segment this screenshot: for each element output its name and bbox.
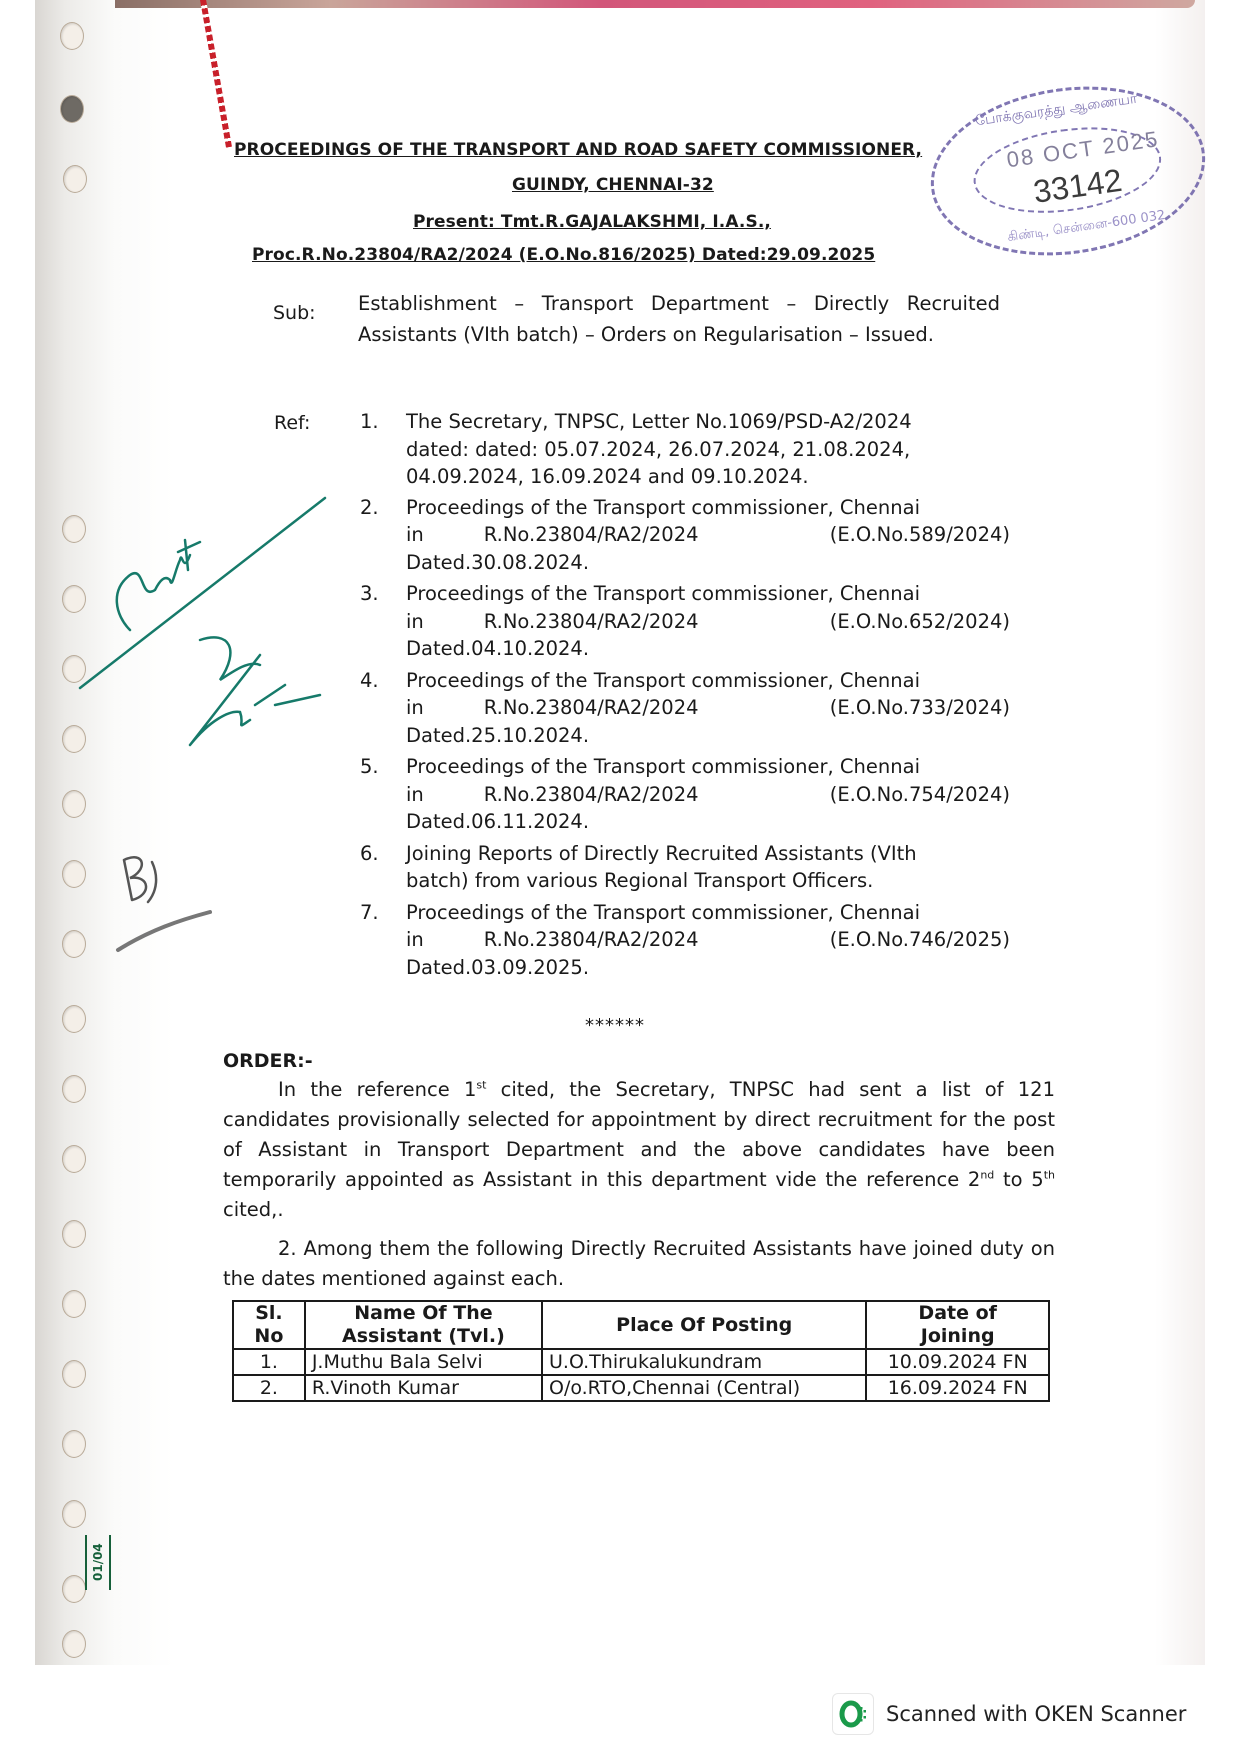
- punch-hole: [62, 1630, 86, 1658]
- order-paragraph-2: 2. Among them the following Directly Rec…: [223, 1234, 1055, 1294]
- column-header-date: Date ofJoining: [866, 1301, 1049, 1349]
- cell-sl-no: 2.: [233, 1375, 305, 1401]
- column-header-place: Place Of Posting: [542, 1301, 866, 1349]
- reference-eo: (E.O.No.652/2024): [830, 608, 1010, 636]
- punch-hole: [60, 22, 84, 50]
- reference-number: 3.: [360, 580, 406, 663]
- reference-date: Dated.03.09.2025.: [406, 954, 1010, 982]
- punch-hole: [62, 930, 86, 958]
- reference-title: Proceedings of the Transport commissione…: [406, 580, 1010, 608]
- handwritten-signature-annotation: Supdt: [60, 480, 340, 780]
- column-header-sl-no: Sl.No: [233, 1301, 305, 1349]
- reference-date: Dated.30.08.2024.: [406, 549, 1010, 577]
- reference-date: Dated.04.10.2024.: [406, 635, 1010, 663]
- reference-number: 4.: [360, 667, 406, 750]
- column-header-name: Name Of TheAssistant (Tvl.): [305, 1301, 542, 1349]
- cell-place: O/o.RTO,Chennai (Central): [542, 1375, 866, 1401]
- references-list: 1. The Secretary, TNPSC, Letter No.1069/…: [360, 408, 1010, 981]
- punch-hole: [62, 1005, 86, 1033]
- reference-item: 4. Proceedings of the Transport commissi…: [360, 667, 1010, 750]
- annotation-text: Supdt: [120, 598, 124, 601]
- reference-item: 7. Proceedings of the Transport commissi…: [360, 899, 1010, 982]
- reference-rno: R.No.23804/RA2/2024: [484, 608, 699, 636]
- table-header-row: Sl.No Name Of TheAssistant (Tvl.) Place …: [233, 1301, 1049, 1349]
- cell-name: J.Muthu Bala Selvi: [305, 1349, 542, 1375]
- reference-eo: (E.O.No.746/2025): [830, 926, 1010, 954]
- punch-hole: [63, 165, 87, 193]
- reference-rno: R.No.23804/RA2/2024: [484, 926, 699, 954]
- proceedings-title: PROCEEDINGS OF THE TRANSPORT AND ROAD SA…: [234, 140, 922, 160]
- proceedings-reference: Proc.R.No.23804/RA2/2024 (E.O.No.816/202…: [252, 245, 875, 265]
- office-location: GUINDY, CHENNAI-32: [512, 175, 714, 195]
- reference-date: Dated.25.10.2024.: [406, 722, 1010, 750]
- reference-eo: (E.O.No.754/2024): [830, 781, 1010, 809]
- reference-line: batch) from various Regional Transport O…: [406, 867, 1010, 895]
- reference-line: dated: dated: 05.07.2024, 26.07.2024, 21…: [406, 436, 1010, 464]
- reference-line: 04.09.2024, 16.09.2024 and 09.10.2024.: [406, 463, 1010, 491]
- reference-number: 1.: [360, 408, 406, 491]
- reference-in: in: [406, 608, 424, 636]
- table-row: 1. J.Muthu Bala Selvi U.O.Thirukalukundr…: [233, 1349, 1049, 1375]
- reference-title: Proceedings of the Transport commissione…: [406, 753, 1010, 781]
- punch-hole: [62, 1075, 86, 1103]
- joined-assistants-table: Sl.No Name Of TheAssistant (Tvl.) Place …: [232, 1300, 1050, 1402]
- scanner-watermark: Scanned with OKEN Scanner: [832, 1693, 1186, 1735]
- section-separator: ******: [585, 1015, 645, 1036]
- reference-number: 6.: [360, 840, 406, 895]
- reference-rno: R.No.23804/RA2/2024: [484, 781, 699, 809]
- reference-in: in: [406, 781, 424, 809]
- reference-line: Joining Reports of Directly Recruited As…: [406, 840, 1010, 868]
- reference-line: The Secretary, TNPSC, Letter No.1069/PSD…: [406, 408, 1010, 436]
- present-officer: Present: Tmt.R.GAJALAKSHMI, I.A.S.,: [413, 212, 771, 232]
- punch-hole: [62, 1575, 86, 1603]
- reference-in: in: [406, 521, 424, 549]
- watermark-text: Scanned with OKEN Scanner: [886, 1702, 1186, 1726]
- subject-text: Establishment – Transport Department – D…: [358, 288, 1000, 350]
- punch-hole: [62, 860, 86, 888]
- reference-number: 7.: [360, 899, 406, 982]
- cell-date: 10.09.2024 FN: [866, 1349, 1049, 1375]
- reference-eo: (E.O.No.733/2024): [830, 694, 1010, 722]
- reference-eo: (E.O.No.589/2024): [830, 521, 1010, 549]
- punch-hole: [62, 1360, 86, 1388]
- punch-hole: [60, 95, 84, 123]
- cell-name: R.Vinoth Kumar: [305, 1375, 542, 1401]
- punch-hole: [62, 1145, 86, 1173]
- reference-title: Proceedings of the Transport commissione…: [406, 667, 1010, 695]
- cell-place: U.O.Thirukalukundram: [542, 1349, 866, 1375]
- reference-item: 1. The Secretary, TNPSC, Letter No.1069/…: [360, 408, 1010, 491]
- punch-hole: [62, 1220, 86, 1248]
- reference-date: Dated.06.11.2024.: [406, 808, 1010, 836]
- order-heading: ORDER:-: [223, 1050, 313, 1072]
- reference-title: Proceedings of the Transport commissione…: [406, 899, 1010, 927]
- binding-strip: [115, 0, 1195, 8]
- subject-label: Sub:: [273, 302, 316, 324]
- cell-sl-no: 1.: [233, 1349, 305, 1375]
- reference-rno: R.No.23804/RA2/2024: [484, 521, 699, 549]
- punch-hole: [62, 1500, 86, 1528]
- reference-item: 3. Proceedings of the Transport commissi…: [360, 580, 1010, 663]
- reference-item: 5. Proceedings of the Transport commissi…: [360, 753, 1010, 836]
- reference-item: 2. Proceedings of the Transport commissi…: [360, 494, 1010, 577]
- punch-hole: [62, 1430, 86, 1458]
- order-paragraph-1: In the reference 1st cited, the Secretar…: [223, 1075, 1055, 1225]
- cell-date: 16.09.2024 FN: [866, 1375, 1049, 1401]
- reference-number: 2.: [360, 494, 406, 577]
- reference-number: 5.: [360, 753, 406, 836]
- tag-thread: [200, 0, 232, 148]
- punch-hole: [62, 790, 86, 818]
- table-row: 2. R.Vinoth Kumar O/o.RTO,Chennai (Centr…: [233, 1375, 1049, 1401]
- handwritten-initial-annotation: [110, 840, 230, 960]
- file-page-tab: 01/04: [85, 1535, 111, 1590]
- reference-in: in: [406, 694, 424, 722]
- reference-rno: R.No.23804/RA2/2024: [484, 694, 699, 722]
- reference-in: in: [406, 926, 424, 954]
- punch-hole: [62, 1290, 86, 1318]
- reference-item: 6. Joining Reports of Directly Recruited…: [360, 840, 1010, 895]
- references-label: Ref:: [274, 412, 310, 434]
- oken-scanner-logo-icon: [832, 1693, 874, 1735]
- reference-title: Proceedings of the Transport commissione…: [406, 494, 1010, 522]
